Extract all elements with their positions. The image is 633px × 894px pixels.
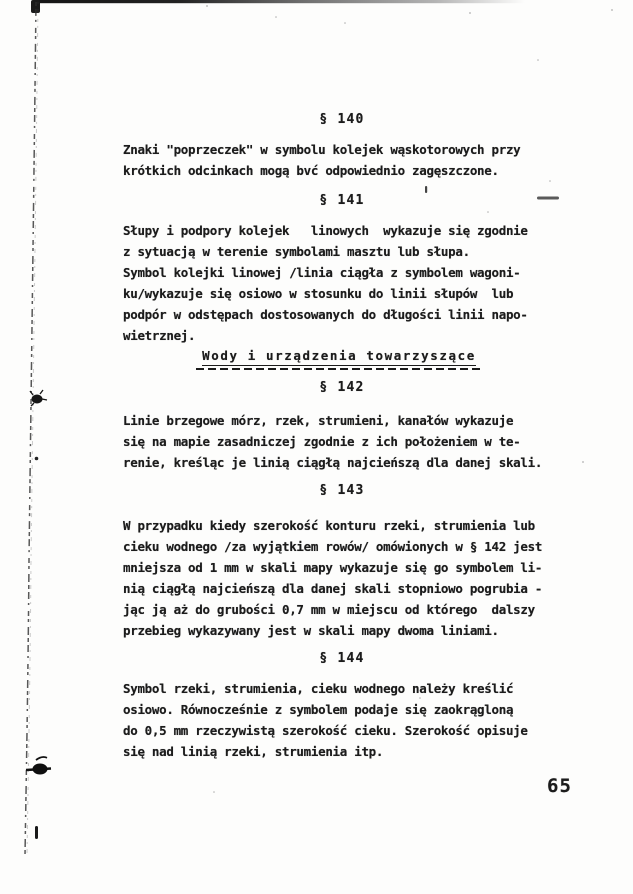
- pen-mark-bottom: [26, 757, 51, 774]
- paragraph-144: Symbol rzeki, strumienia, cieku wodnego …: [123, 678, 563, 762]
- chapter-subtitle: Wody i urządzenia towarzyszące: [123, 348, 555, 370]
- binding-crease-line: [25, 2, 36, 856]
- top-left-ink-nub: [31, 0, 40, 13]
- section-heading-144: § 144: [130, 650, 554, 668]
- paragraph-143: W przypadku kiedy szerokość konturu rzek…: [123, 515, 563, 641]
- paragraph-142: Linie brzegowe mórz, rzek, strumieni, ka…: [123, 410, 563, 473]
- subtitle-dashed-underline: [196, 368, 482, 370]
- section-heading-143: § 143: [130, 482, 554, 500]
- binding-crease-fuzz: [27, 2, 38, 856]
- section-heading-140: § 140: [130, 111, 554, 129]
- paragraph-140: Znaki "poprzeczek" w symbolu kolejek wąs…: [123, 139, 563, 181]
- page-number: 65: [547, 775, 572, 797]
- section-heading-141: § 141: [130, 192, 554, 210]
- ink-dot: [35, 457, 39, 461]
- top-edge-shadow: [33, 0, 525, 3]
- chapter-subtitle-text: Wody i urządzenia towarzyszące: [202, 348, 476, 366]
- ink-dash-bottom: [35, 826, 38, 839]
- ink-splat-mid: [30, 390, 47, 406]
- section-heading-142: § 142: [130, 379, 554, 397]
- scanned-document-page: § 140 Znaki "poprzeczek" w symbolu kolej…: [0, 0, 633, 894]
- paragraph-141: Słupy i podpory kolejek linowych wykazuj…: [123, 220, 563, 346]
